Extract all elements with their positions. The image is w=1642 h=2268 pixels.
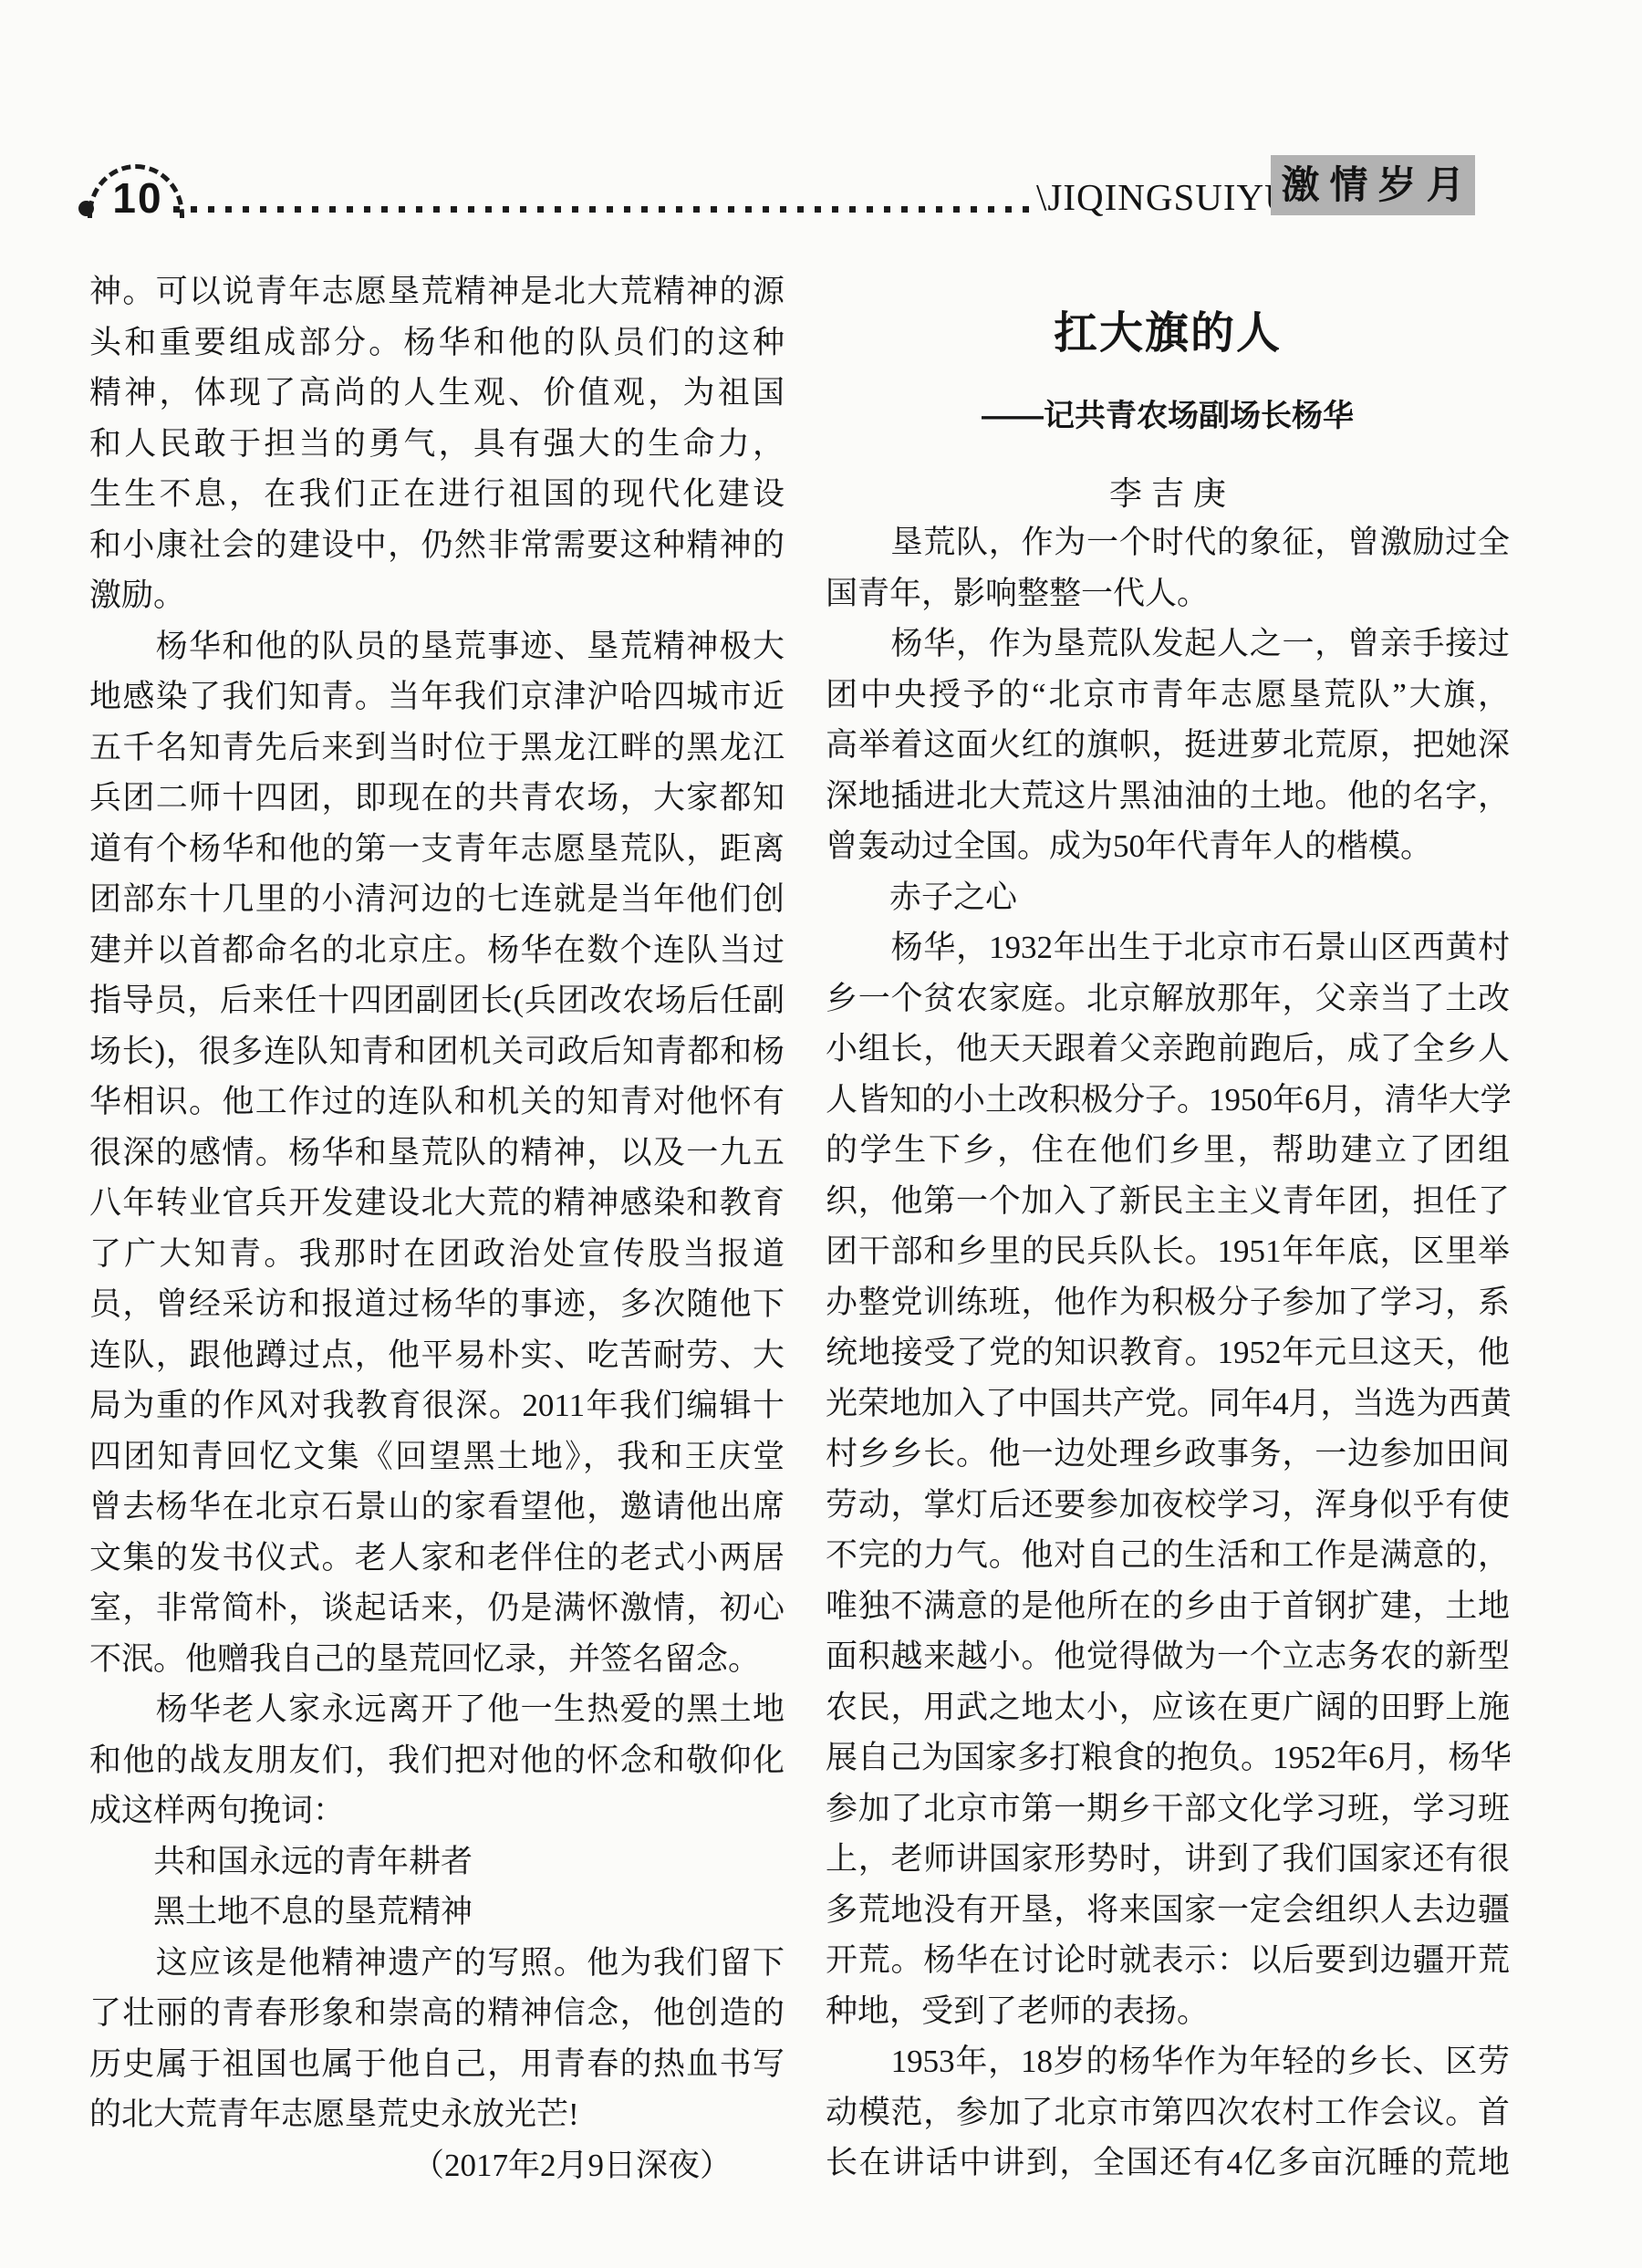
text-line: 文集的发书仪式。老人家和老伴住的老式小两居	[89, 1533, 785, 1584]
text-line: 曾轰动过全国。成为50年代青年人的楷模。	[826, 821, 1510, 872]
text-line: 的学生下乡，住在他们乡里，帮助建立了团组	[826, 1125, 1510, 1176]
text-line: 指导员，后来任十四团副团长(兵团改农场后任副	[89, 975, 785, 1026]
text-line: 场长)，很多连队知青和团机关司政后知青都和杨	[89, 1026, 785, 1077]
text-line: 赤子之心	[826, 872, 1510, 923]
text-line: 乡一个贫农家庭。北京解放那年，父亲当了土改	[826, 973, 1510, 1025]
text-line: 织，他第一个加入了新民主主义青年团，担任了	[826, 1176, 1510, 1227]
text-line: 高举着这面火红的旗帜，挺进萝北荒原，把她深	[826, 720, 1510, 771]
right-column-text: 垦荒队，作为一个时代的象征，曾激励过全国青年，影响整整一代人。 杨华，作为垦荒队…	[826, 517, 1510, 2189]
text-line: 上，老师讲国家形势时，讲到了我们国家还有很	[826, 1834, 1510, 1885]
text-line: 这应该是他精神遗产的写照。他为我们留下	[89, 1938, 785, 1989]
text-line: 杨华，1932年出生于北京市石景山区西黄村	[826, 922, 1510, 973]
article-subtitle: ——记共青农场副场长杨华	[826, 398, 1510, 434]
magazine-page: 10 \JIQINGSUIYUE 激情岁月 神。可以说青年志愿垦荒精神是北大荒精…	[0, 0, 1642, 2268]
text-line: 长在讲话中讲到，全国还有4亿多亩沉睡的荒地	[826, 2138, 1510, 2189]
text-line: 不泯。他赠我自己的垦荒回忆录，并签名留念。	[89, 1634, 785, 1685]
text-line: 动模范，参加了北京市第四次农村工作会议。首	[826, 2087, 1510, 2138]
text-line: 杨华老人家永远离开了他一生热爱的黑土地	[89, 1684, 785, 1735]
text-line: 建并以首都命名的北京庄。杨华在数个连队当过	[89, 925, 785, 976]
article-header: 扛大旗的人 ——记共青农场副场长杨华 李吉庚	[826, 308, 1510, 513]
text-line: 共和国永远的青年耕者	[89, 1836, 785, 1888]
text-line: 曾去杨华在北京石景山的家看望他，邀请他出席	[89, 1482, 785, 1533]
text-line: 了广大知青。我那时在团政治处宣传股当报道	[89, 1229, 785, 1280]
text-line: 种地，受到了老师的表扬。	[826, 1986, 1510, 2037]
text-line: 精神，体现了高尚的人生观、价值观，为祖国	[89, 368, 785, 419]
text-line: 了壮丽的青春形象和崇高的精神信念，他创造的	[89, 1988, 785, 2039]
text-line: 团干部和乡里的民兵队长。1951年年底，区里举	[826, 1226, 1510, 1277]
text-line: 不完的力气。他对自己的生活和工作是满意的，	[826, 1530, 1510, 1581]
text-line: 统地接受了党的知识教育。1952年元旦这天，他	[826, 1327, 1510, 1378]
text-line: 劳动，掌灯后还要参加夜校学习，浑身似乎有使	[826, 1480, 1510, 1531]
text-line: 黑土地不息的垦荒精神	[89, 1887, 785, 1938]
text-line: 办整党训练班，他作为积极分子参加了学习，系	[826, 1277, 1510, 1328]
text-line: 面积越来越小。他觉得做为一个立志务农的新型	[826, 1631, 1510, 1682]
text-line: 激励。	[89, 570, 785, 621]
text-line: 的北大荒青年志愿垦荒史永放光芒!	[89, 2089, 785, 2140]
text-line: 开荒。杨华在讨论时就表示：以后要到边疆开荒	[826, 1935, 1510, 1986]
text-line: 神。可以说青年志愿垦荒精神是北大荒精神的源	[89, 266, 785, 317]
arc-end-dot	[78, 201, 94, 216]
text-line: 国青年，影响整整一代人。	[826, 568, 1510, 619]
text-line: 垦荒队，作为一个时代的象征，曾激励过全	[826, 517, 1510, 568]
text-line: 连队，跟他蹲过点，他平易朴实、吃苦耐劳、大	[89, 1330, 785, 1381]
text-line: 道有个杨华和他的第一支青年志愿垦荒队，距离	[89, 824, 785, 875]
article-author: 李吉庚	[826, 474, 1510, 513]
text-line: 室，非常简朴，谈起话来，仍是满怀激情，初心	[89, 1583, 785, 1634]
text-line: 农民，用武之地太小，应该在更广阔的田野上施	[826, 1682, 1510, 1733]
text-line: 和人民敢于担当的勇气，具有强大的生命力，	[89, 419, 785, 470]
text-line: 四团知青回忆文集《回望黑土地》，我和王庆堂	[89, 1431, 785, 1483]
text-line: 杨华，作为垦荒队发起人之一，曾亲手接过	[826, 619, 1510, 670]
text-line: 1953年，18岁的杨华作为年轻的乡长、区劳	[826, 2036, 1510, 2087]
text-line: 历史属于祖国也属于他自己，用青春的热血书写	[89, 2039, 785, 2090]
left-column-text: 神。可以说青年志愿垦荒精神是北大荒精神的源头和重要组成部分。杨华和他的队员们的这…	[89, 266, 785, 2140]
text-line: 小组长，他天天跟着父亲跑前跑后，成了全乡人	[826, 1024, 1510, 1075]
left-column: 神。可以说青年志愿垦荒精神是北大荒精神的源头和重要组成部分。杨华和他的队员们的这…	[89, 266, 785, 2190]
article-title: 扛大旗的人	[826, 308, 1510, 359]
text-line: 很深的感情。杨华和垦荒队的精神，以及一九五	[89, 1128, 785, 1179]
text-line: 华相识。他工作过的连队和机关的知青对他怀有	[89, 1077, 785, 1128]
text-line: 五千名知青先后来到当时位于黑龙江畔的黑龙江	[89, 723, 785, 774]
text-line: 唯独不满意的是他所在的乡由于首钢扩建，土地	[826, 1581, 1510, 1632]
text-line: 村乡乡长。他一边处理乡政事务，一边参加田间	[826, 1429, 1510, 1480]
text-line: 团中央授予的“北京市青年志愿垦荒队”大旗，	[826, 670, 1510, 721]
text-line: 八年转业官兵开发建设北大荒的精神感染和教育	[89, 1178, 785, 1229]
text-line: 展自己为国家多打粮食的抱负。1952年6月，杨华	[826, 1732, 1510, 1784]
text-line: 深地插进北大荒这片黑油油的土地。他的名字，	[826, 771, 1510, 822]
text-line: 地感染了我们知青。当年我们京津沪哈四城市近	[89, 671, 785, 723]
text-line: 和他的战友朋友们，我们把对他的怀念和敬仰化	[89, 1735, 785, 1786]
text-line: 多荒地没有开垦，将来国家一定会组织人去边疆	[826, 1885, 1510, 1936]
text-line: 人皆知的小土改积极分子。1950年6月，清华大学	[826, 1075, 1510, 1126]
text-line: 参加了北京市第一期乡干部文化学习班，学习班	[826, 1784, 1510, 1835]
text-line: 头和重要组成部分。杨华和他的队员们的这种	[89, 317, 785, 369]
text-line: 局为重的作风对我教育很深。2011年我们编辑十	[89, 1380, 785, 1431]
journal-name-label: 激情岁月	[1271, 155, 1475, 215]
page-number: 10	[102, 173, 173, 223]
text-line: 兵团二师十四团，即现在的共青农场，大家都知	[89, 773, 785, 824]
text-line: 光荣地加入了中国共产党。同年4月，当选为西黄	[826, 1378, 1510, 1430]
text-line: 和小康社会的建设中，仍然非常需要这种精神的	[89, 520, 785, 571]
text-line: 团部东十几里的小清河边的七连就是当年他们创	[89, 874, 785, 925]
header-dotted-rule	[173, 206, 1035, 213]
text-line: 杨华和他的队员的垦荒事迹、垦荒精神极大	[89, 621, 785, 672]
right-column: 垦荒队，作为一个时代的象征，曾激励过全国青年，影响整整一代人。 杨华，作为垦荒队…	[826, 517, 1510, 2189]
date-note: （2017年2月9日深夜）	[89, 2140, 785, 2191]
text-line: 生生不息，在我们正在进行祖国的现代化建设	[89, 469, 785, 520]
text-line: 员，曾经采访和报道过杨华的事迹，多次随他下	[89, 1279, 785, 1330]
text-line: 成这样两句挽词：	[89, 1785, 785, 1836]
